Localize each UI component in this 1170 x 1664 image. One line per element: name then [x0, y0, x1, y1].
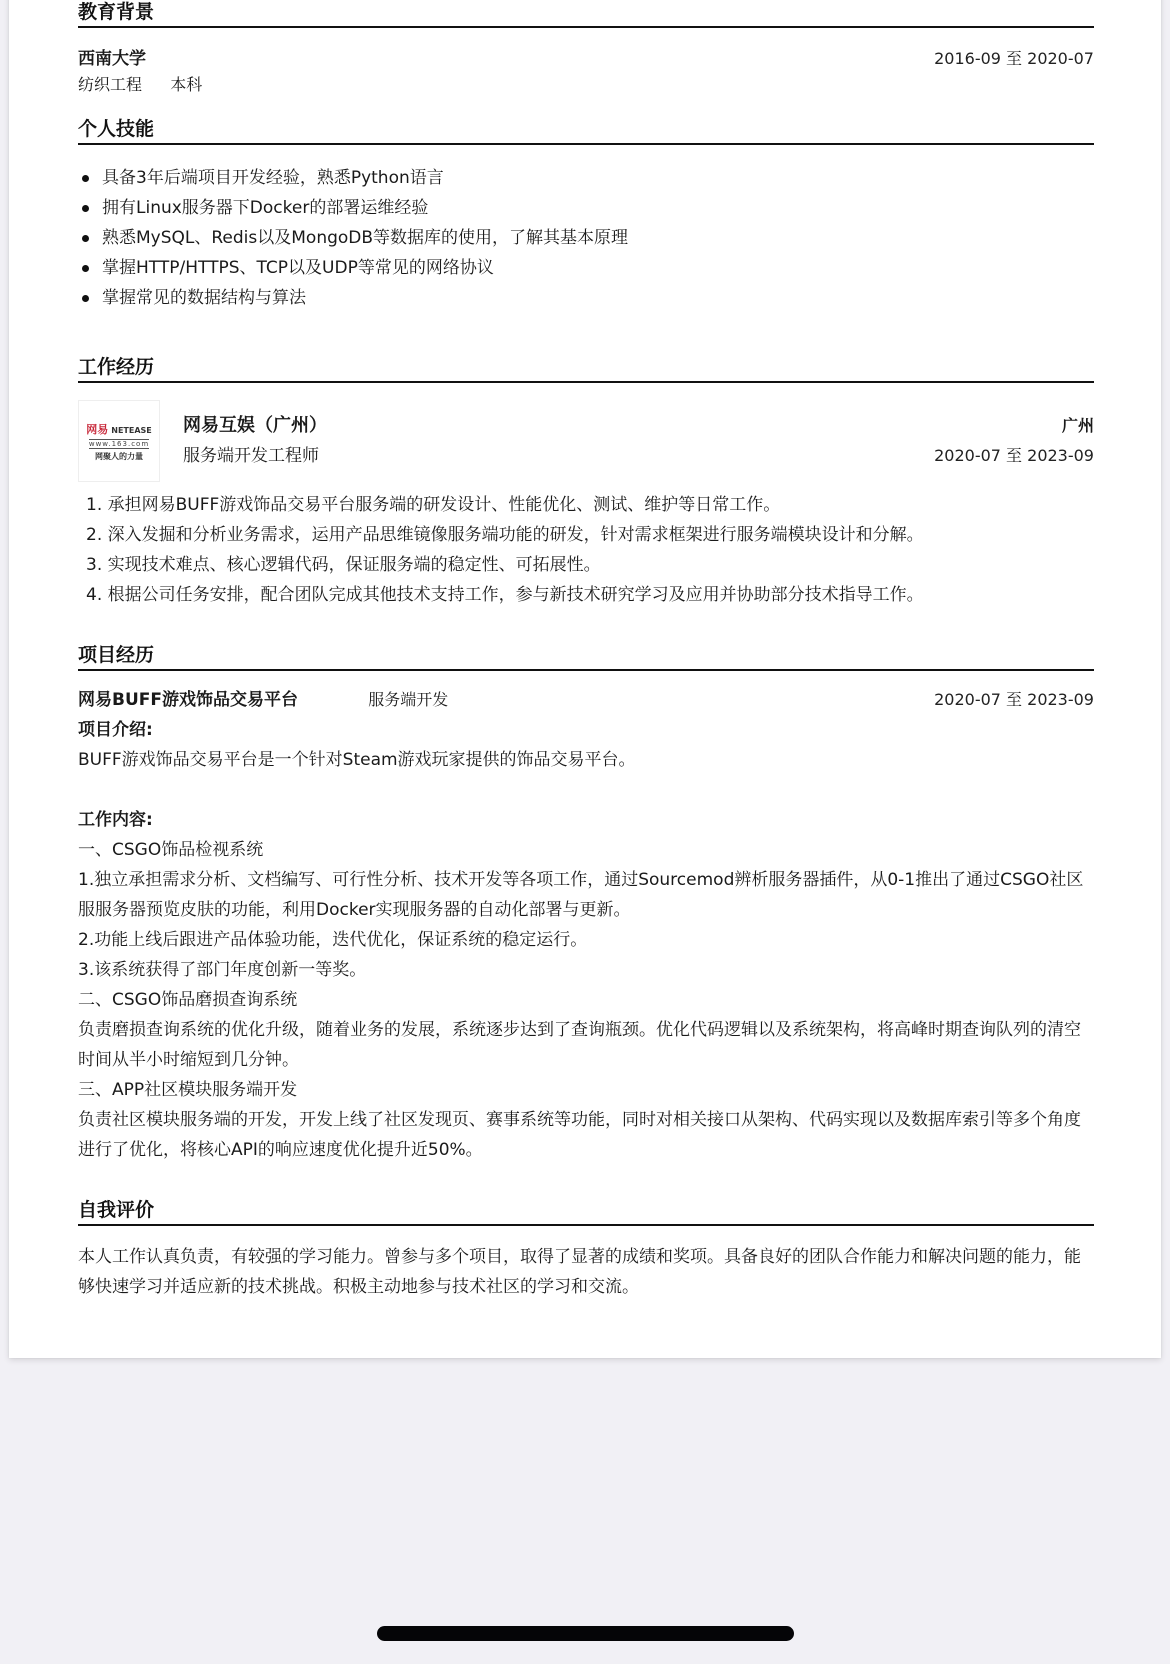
logo-brand-en: NETEASE — [111, 426, 152, 435]
skill-item: 拥有Linux服务器下Docker的部署运维经验 — [78, 193, 1094, 223]
education-degree: 本科 — [170, 75, 202, 94]
logo-slogan: 网聚人的力量 — [95, 451, 143, 462]
resume-page: 教育背景 西南大学 2016-09 至 2020-07 纺织工程 本科 个人技能… — [9, 0, 1161, 1358]
education-major: 纺织工程 — [78, 75, 142, 94]
section-title-work: 工作经历 — [78, 355, 1094, 383]
project-date: 2020-07 至 2023-09 — [934, 687, 1094, 710]
job-position: 服务端开发工程师 — [183, 441, 319, 471]
skill-item: 掌握HTTP/HTTPS、TCP以及UDP等常见的网络协议 — [78, 253, 1094, 283]
skill-item: 掌握常见的数据结构与算法 — [78, 283, 1094, 313]
project-line: 负责社区模块服务端的开发，开发上线了社区发现页、赛事系统等功能，同时对相关接口从… — [78, 1105, 1094, 1165]
project-line: 二、CSGO饰品磨损查询系统 — [78, 985, 1094, 1015]
logo-brand-cn: 网易 — [86, 423, 108, 436]
project-line: 2.功能上线后跟进产品体验功能，迭代优化，保证系统的稳定运行。 — [78, 925, 1094, 955]
section-title-education: 教育背景 — [78, 0, 1094, 28]
project-section: 项目经历 网易BUFF游戏饰品交易平台 服务端开发 2020-07 至 2023… — [78, 643, 1094, 1165]
project-line: 1.独立承担需求分析、文档编写、可行性分析、技术开发等各项工作，通过Source… — [78, 865, 1094, 925]
section-title-skills: 个人技能 — [78, 117, 1094, 145]
skills-section: 个人技能 具备3年后端项目开发经验，熟悉Python语言 拥有Linux服务器下… — [78, 117, 1094, 313]
skill-item: 具备3年后端项目开发经验，熟悉Python语言 — [78, 163, 1094, 193]
project-line: 负责磨损查询系统的优化升级，随着业务的发展，系统逐步达到了查询瓶颈。优化代码逻辑… — [78, 1015, 1094, 1075]
project-name: 网易BUFF游戏饰品交易平台 — [78, 690, 298, 710]
duty-item: 1. 承担网易BUFF游戏饰品交易平台服务端的研发设计、性能优化、测试、维护等日… — [78, 490, 1094, 520]
project-intro-label: 项目介绍: — [78, 715, 1094, 745]
duties-list: 1. 承担网易BUFF游戏饰品交易平台服务端的研发设计、性能优化、测试、维护等日… — [78, 490, 1094, 610]
work-date: 2020-07 至 2023-09 — [934, 443, 1094, 466]
work-section: 工作经历 网易NETEASE www.163.com 网聚人的力量 网易互娱（广… — [78, 355, 1094, 610]
duty-item: 3. 实现技术难点、核心逻辑代码，保证服务端的稳定性、可拓展性。 — [78, 550, 1094, 580]
project-line: 三、APP社区模块服务端开发 — [78, 1075, 1094, 1105]
work-location: 广州 — [1062, 411, 1094, 441]
project-line: 3.该系统获得了部门年度创新一等奖。 — [78, 955, 1094, 985]
company-name: 网易互娱（广州） — [183, 411, 327, 441]
skills-list: 具备3年后端项目开发经验，熟悉Python语言 拥有Linux服务器下Docke… — [78, 163, 1094, 313]
education-section: 教育背景 西南大学 2016-09 至 2020-07 纺织工程 本科 — [78, 0, 1094, 96]
project-intro: BUFF游戏饰品交易平台是一个针对Steam游戏玩家提供的饰品交易平台。 — [78, 745, 1094, 775]
self-eval-section: 自我评价 本人工作认真负责，有较强的学习能力。曾参与多个项目，取得了显著的成绩和… — [78, 1198, 1094, 1302]
education-date: 2016-09 至 2020-07 — [934, 46, 1094, 69]
section-title-self-eval: 自我评价 — [78, 1198, 1094, 1226]
home-indicator[interactable] — [377, 1626, 794, 1641]
project-role: 服务端开发 — [368, 690, 448, 709]
section-title-project: 项目经历 — [78, 643, 1094, 671]
skill-item: 熟悉MySQL、Redis以及MongoDB等数据库的使用，了解其基本原理 — [78, 223, 1094, 253]
project-line: 一、CSGO饰品检视系统 — [78, 835, 1094, 865]
duty-item: 4. 根据公司任务安排，配合团队完成其他技术支持工作，参与新技术研究学习及应用并… — [78, 580, 1094, 610]
school-name: 西南大学 — [78, 44, 146, 74]
work-content-label: 工作内容: — [78, 805, 1094, 835]
self-eval-text: 本人工作认真负责，有较强的学习能力。曾参与多个项目，取得了显著的成绩和奖项。具备… — [78, 1242, 1094, 1302]
duty-item: 2. 深入发掘和分析业务需求，运用产品思维镜像服务端功能的研发，针对需求框架进行… — [78, 520, 1094, 550]
logo-url: www.163.com — [89, 439, 149, 449]
company-logo: 网易NETEASE www.163.com 网聚人的力量 — [78, 400, 160, 482]
